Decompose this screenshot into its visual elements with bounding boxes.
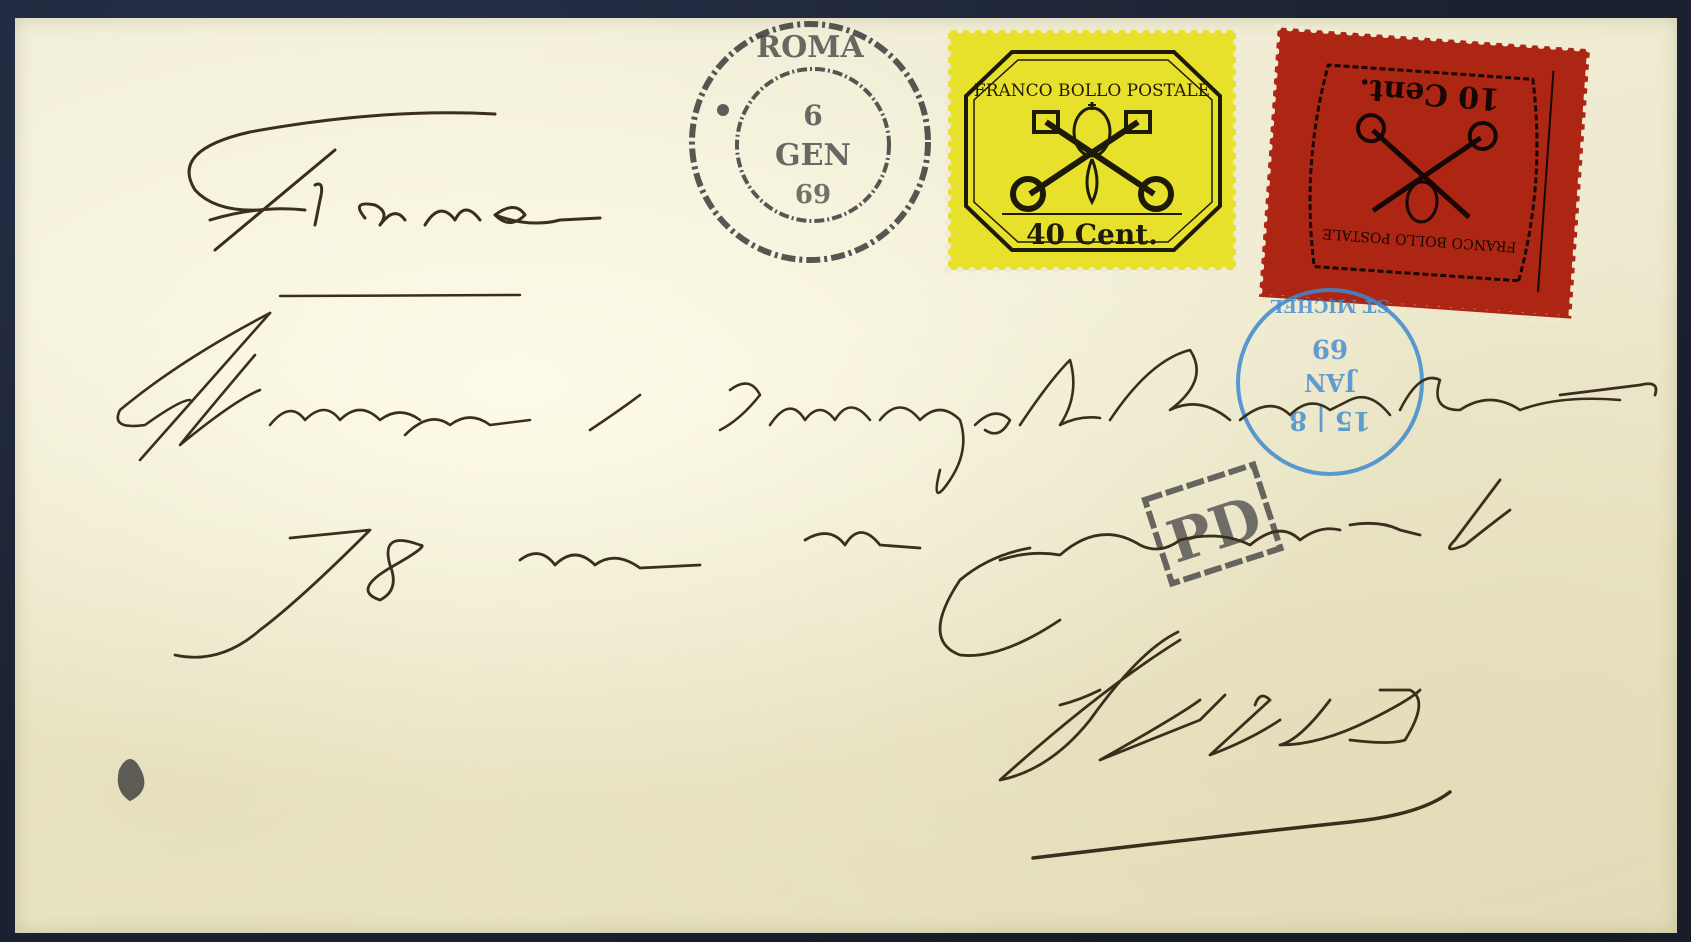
red-stamp-10-cent: FRANCO BOLLO POSTALE 10 Cent. (1253, 21, 1597, 325)
postmark-time: 15 | 8 (1289, 405, 1371, 435)
postmark-day: 6 (803, 99, 822, 132)
roma-postmark: ROMA 6 GEN 69 (683, 15, 937, 269)
yellow-stamp-40-cent: FRANCO BOLLO POSTALE 40 Cent. (942, 24, 1242, 276)
postmark-year: 69 (795, 180, 831, 210)
stamp-value: 40 Cent. (1026, 218, 1158, 251)
stamp-inscription: FRANCO BOLLO POSTALE (974, 81, 1210, 101)
postmark-month: GEN (775, 138, 851, 173)
postmark-place: ST MICHEL (1270, 295, 1389, 316)
postmark-town: ROMA (756, 30, 864, 65)
postmark-month: JAN (1304, 368, 1358, 397)
pd-text: PD (1159, 483, 1269, 577)
postmark-year: 69 (1312, 333, 1348, 363)
blue-entry-postmark: 15 | 8 JAN 69 ST MICHEL (1230, 282, 1430, 482)
